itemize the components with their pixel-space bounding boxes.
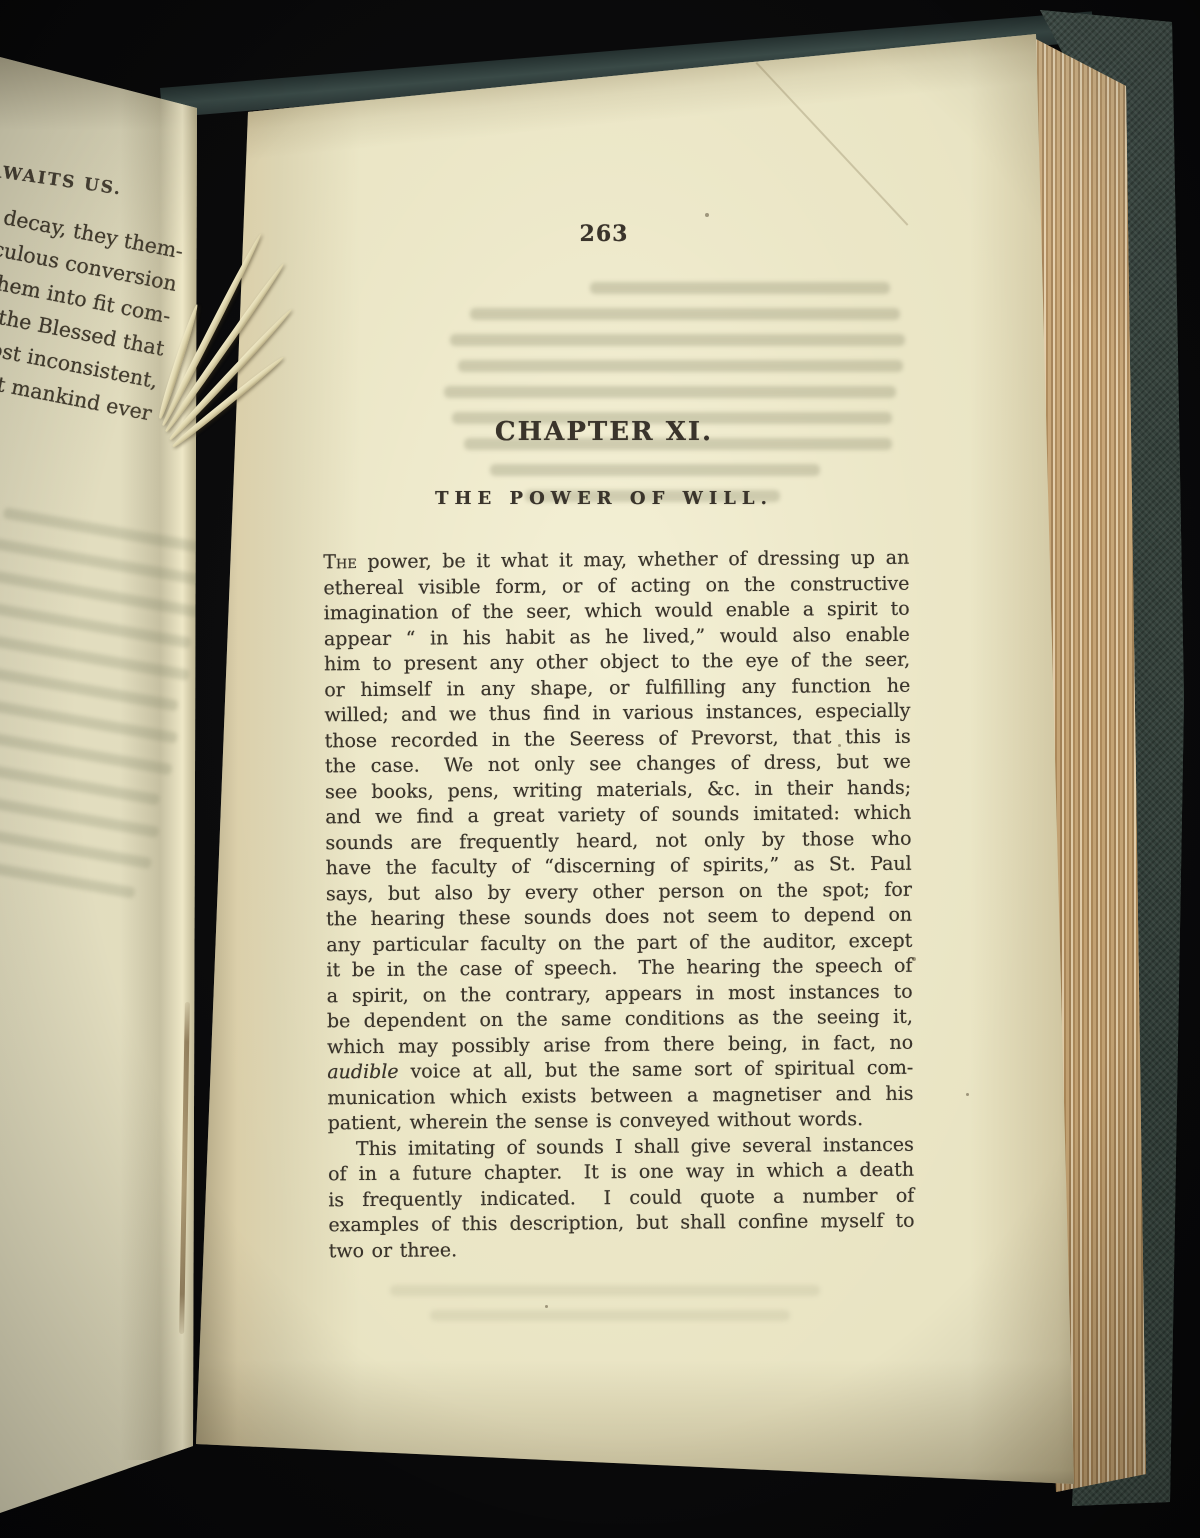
ghost-line [458,360,903,372]
book-photograph: AWAITS US. and decay, they them-miraculo… [0,0,1200,1538]
text-line: willed; and we thus find in various inst… [324,699,910,729]
body-text: The power, be it what it may, whether of… [323,546,915,1265]
paragraph: This imitating of sounds I shall give se… [328,1132,915,1264]
text-line: two or three. [329,1234,915,1264]
speck [838,744,841,747]
show-through-text-bottom [390,1285,910,1335]
text-line: imagination of the seer, which would ena… [324,597,910,627]
ghost-line [450,334,905,346]
ghost-line [430,1310,790,1321]
page-number: 263 [326,221,882,247]
text-line: patient, wherein the sense is conveyed w… [328,1107,914,1137]
text-line: it be in the case of speech. The hearing… [326,954,912,984]
speck [966,1093,969,1096]
speck [705,213,709,217]
speck [912,957,916,961]
speck [545,1305,548,1308]
chapter-heading: CHAPTER XI. [326,417,882,447]
paragraph: The power, be it what it may, whether of… [323,546,914,1137]
text-line: the case. We not only see changes of dre… [325,750,911,780]
text-line: examples of this description, but shall … [328,1209,914,1239]
text-line: of in a future chapter. It is one way in… [328,1158,914,1188]
text-line: audible voice at all, but the same sort … [327,1056,913,1086]
chapter-subtitle: THE POWER OF WILL. [326,488,882,509]
ghost-line [590,282,890,294]
text-line: have the faculty of “discerning of spiri… [326,852,912,882]
ghost-line [490,464,820,476]
text-line: and we find a great variety of sounds im… [325,801,911,831]
text-line: The power, be it what it may, whether of… [323,546,909,576]
ghost-line [470,308,900,320]
running-header: AWAITS US. [0,161,119,199]
show-through-text-right [430,282,950,516]
right-page-bottom-shadow [190,1360,1080,1490]
ghost-line [444,386,896,398]
text-line: the hearing these sounds does not seem t… [326,903,912,933]
ghost-line [390,1285,820,1296]
text-line: be dependent on the same conditions as t… [327,1005,913,1035]
text-line: him to present any other object to the e… [324,648,910,678]
